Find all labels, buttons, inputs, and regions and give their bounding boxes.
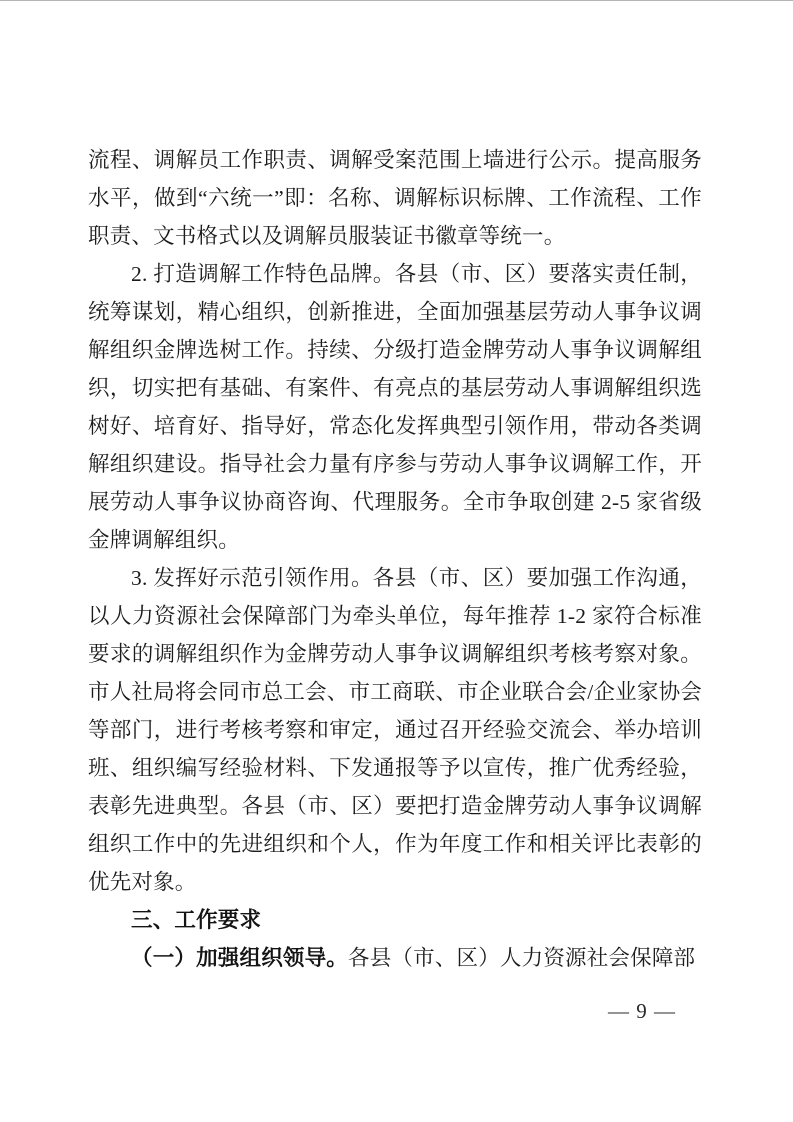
scan-top-edge <box>0 0 793 1</box>
paragraph-sub-item-1-text: 各县（市、区）人力资源社会保障部 <box>348 946 695 970</box>
section-heading: 三、工作要求 <box>88 901 702 939</box>
paragraph-continuation: 流程、调解员工作职责、调解受案范围上墙进行公示。提高服务水平，做到“六统一”即：… <box>88 141 702 255</box>
paragraph-item-2: 2. 打造调解工作特色品牌。各县（市、区）要落实责任制，统筹谋划，精心组织，创新… <box>88 255 702 559</box>
page-number: — 9 — <box>608 998 676 1024</box>
document-body: 流程、调解员工作职责、调解受案范围上墙进行公示。提高服务水平，做到“六统一”即：… <box>88 141 702 977</box>
document-page: 流程、调解员工作职责、调解受案范围上墙进行公示。提高服务水平，做到“六统一”即：… <box>0 0 793 1122</box>
paragraph-sub-item-1: （一）加强组织领导。各县（市、区）人力资源社会保障部 <box>88 939 702 977</box>
paragraph-item-3: 3. 发挥好示范引领作用。各县（市、区）要加强工作沟通，以人力资源社会保障部门为… <box>88 559 702 901</box>
paragraph-sub-item-1-lead: （一）加强组织领导。 <box>131 946 348 970</box>
